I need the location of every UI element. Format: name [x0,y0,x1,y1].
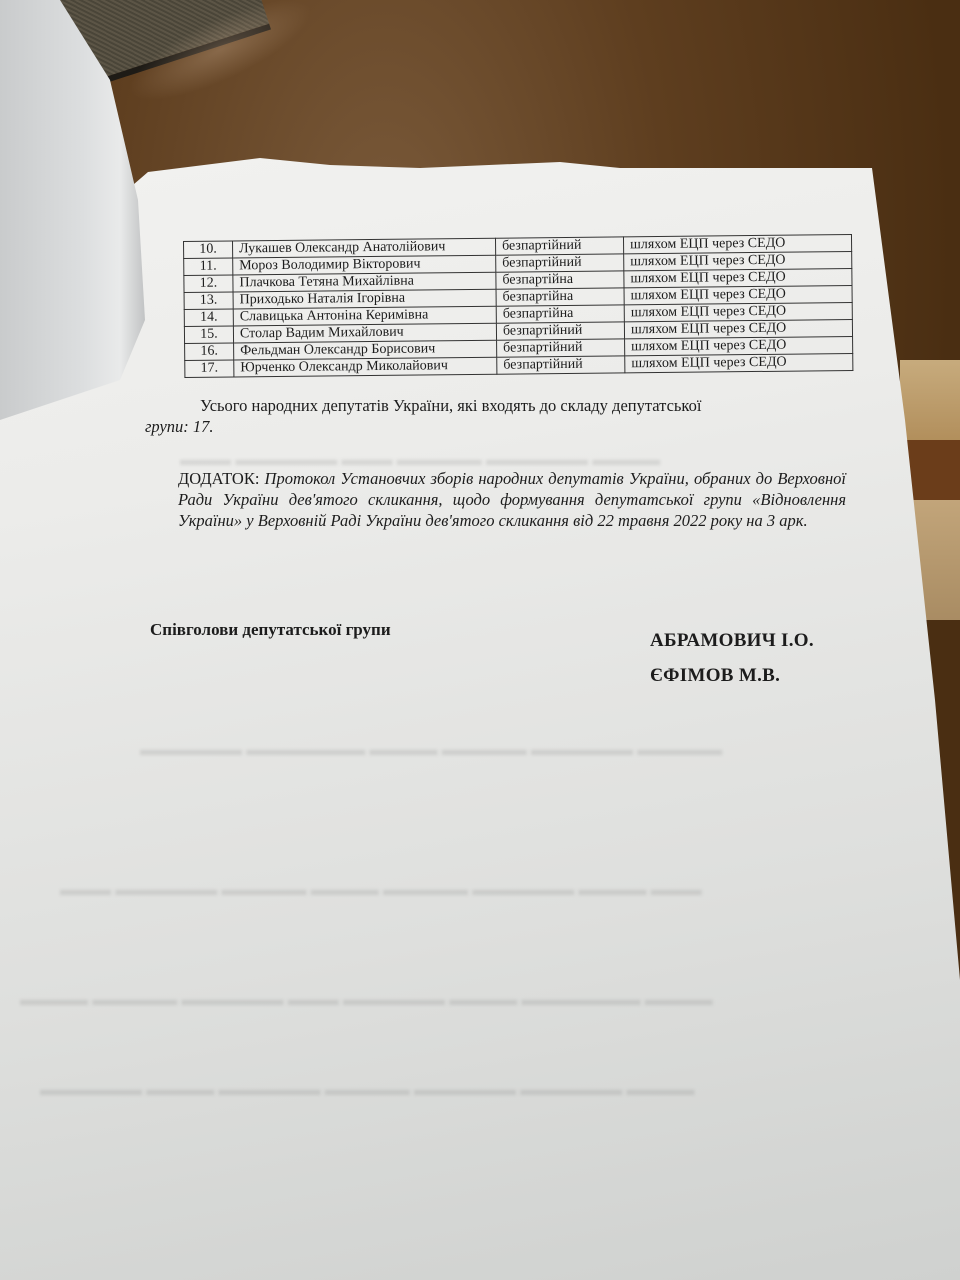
row-number: 17. [185,360,234,378]
bleed-through-text: ▬▬▬ ▬▬▬▬▬▬ ▬▬▬ ▬▬▬▬▬ ▬▬▬▬▬▬ ▬▬▬▬ [180,450,660,470]
total-line-2: групи: 17. [145,417,214,436]
row-number: 16. [185,343,234,361]
row-number: 13. [184,292,233,310]
party-affiliation: безпартійний [497,356,625,374]
row-number: 10. [184,241,233,259]
total-line-1: Усього народних депутатів України, які в… [145,395,845,416]
row-number: 11. [184,258,233,276]
party-affiliation: безпартійний [496,322,624,340]
party-affiliation: безпартійна [496,288,624,306]
party-affiliation: безпартійний [497,339,625,357]
addendum-paragraph: ДОДАТОК: Протокол Установчих зборів наро… [126,468,846,531]
bleed-through-text: ▬▬▬▬▬▬ ▬▬▬▬▬▬▬ ▬▬▬▬ ▬▬▬▬▬ ▬▬▬▬▬▬ ▬▬▬▬▬ [140,740,722,760]
bleed-through-text: ▬▬▬▬ ▬▬▬▬▬ ▬▬▬▬▬▬ ▬▬▬ ▬▬▬▬▬▬ ▬▬▬▬ ▬▬▬▬▬▬… [20,990,713,1010]
bleed-through-text: ▬▬▬▬▬▬ ▬▬▬▬ ▬▬▬▬▬▬ ▬▬▬▬▬ ▬▬▬▬▬▬ ▬▬▬▬▬▬ ▬… [40,1080,695,1100]
co-chairs-label: Співголови депутатської групи [150,620,391,640]
deputy-name: Юрченко Олександр Миколайович [234,357,497,377]
signer-yefimov: ЄФІМОВ М.В. [650,665,780,687]
signer-abramovych: АБРАМОВИЧ І.О. [650,630,814,652]
party-affiliation: безпартійний [496,254,624,272]
party-affiliation: безпартійна [496,305,624,323]
total-deputies-text: Усього народних депутатів України, які в… [145,395,845,437]
party-affiliation: безпартійна [496,271,624,289]
row-number: 14. [184,309,233,327]
document-content: 10.Лукашев Олександр Анатолійовичбезпарт… [0,0,960,1280]
addendum-label: ДОДАТОК: [178,469,259,488]
row-number: 12. [184,275,233,293]
row-number: 15. [184,326,233,344]
deputies-table: 10.Лукашев Олександр Анатолійовичбезпарт… [183,234,853,378]
party-affiliation: безпартійний [495,237,623,255]
bleed-through-text: ▬▬▬ ▬▬▬▬▬▬ ▬▬▬▬▬ ▬▬▬▬ ▬▬▬▬▬ ▬▬▬▬▬▬ ▬▬▬▬ … [60,880,702,900]
signing-method: шляхом ЕЦП через СЕДО [625,353,853,372]
addendum-text: Протокол Установчих зборів народних депу… [178,469,846,530]
